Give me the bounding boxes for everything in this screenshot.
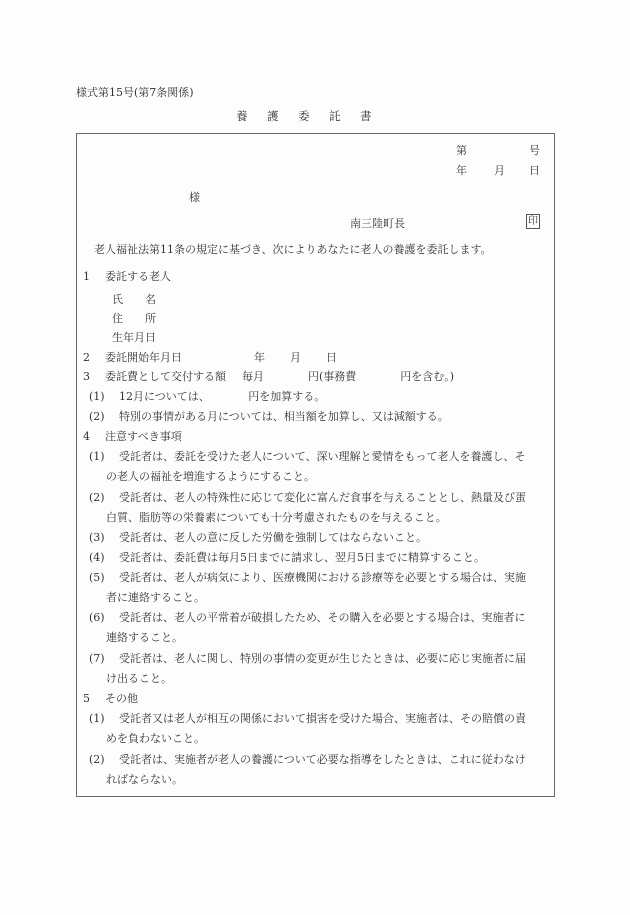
section-1-heading: 1委託する老人 — [83, 268, 171, 284]
section-3-heading: 3委託費として交付する額 — [83, 368, 226, 384]
form-number-label: 様式第15号(第7条関係) — [76, 84, 194, 100]
title-char: 託 — [329, 108, 360, 124]
section-4-item-5: (5)受託者は、老人が病気により、医療機関における診療等を必要とする場合は、実施 — [89, 569, 526, 585]
start-date-day: 日 — [326, 349, 337, 365]
field-birthdate-label: 生年月日 — [112, 329, 156, 345]
title-char: 委 — [298, 108, 329, 124]
intro-text: 老人福祉法第11条の規定に基づき、次によりあなたに老人の養護を委託します。 — [94, 241, 492, 257]
section-5-item-1: (1)受託者又は老人が相互の関係において損害を受けた場合、実施者は、その賠償の責 — [89, 710, 526, 726]
document-title: 養護委託書 — [236, 108, 391, 124]
section-4-item-3: (3)受託者は、老人の意に反した労働を強制してはならないこと。 — [89, 529, 427, 545]
section-4-item-1: (1)受託者は、委託を受けた老人について、深い理解と愛情をもって老人を養護し、そ — [89, 448, 526, 464]
section-4-item-6: (6)受託者は、老人の平常着が破損したため、その購入を必要とする場合は、実施者に — [89, 609, 526, 625]
section-4-item-1-cont: の老人の福祉を増進するようにすること。 — [106, 468, 315, 484]
section-5-item-2: (2)受託者は、実施者が老人の養護について必要な指導をしたときは、これに従わなけ — [89, 751, 526, 767]
section-4-item-5-cont: 者に連絡すること。 — [106, 589, 205, 605]
section-3-item-2: (2)特別の事情がある月については、相当額を加算し、又は減額する。 — [89, 408, 449, 424]
issuer-name: 南三陸町長 — [350, 215, 405, 231]
section-4-item-7-cont: け出ること。 — [106, 670, 172, 686]
section-2-heading: 2委託開始年月日 — [83, 349, 182, 365]
fee-amount-text: 毎月 円(事務費 円を含む。) — [242, 368, 454, 384]
start-date-year: 年 — [254, 349, 265, 365]
seal-icon: 印 — [526, 214, 540, 229]
title-char: 養 — [236, 108, 267, 124]
addressee-suffix: 様 — [189, 189, 200, 205]
date-year: 年 — [456, 162, 467, 178]
section-5-item-1-cont: めを負わないこと。 — [106, 730, 205, 746]
section-4-item-2-cont: 白質、脂肪等の栄養素についても十分考慮されたものを与えること。 — [106, 509, 447, 525]
field-name-label: 氏 名 — [112, 291, 156, 307]
title-char: 書 — [360, 108, 391, 124]
title-char: 護 — [267, 108, 298, 124]
section-3-item-1: (1)12月については、 円を加算する。 — [89, 388, 325, 404]
document-frame — [76, 133, 555, 797]
section-4-heading: 4注意すべき事項 — [83, 428, 182, 444]
start-date-month: 月 — [290, 349, 301, 365]
section-4-item-7: (7)受託者は、老人に関し、特別の事情の変更が生じたときは、必要に応じ実施者に届 — [89, 650, 526, 666]
date-day: 日 — [529, 162, 540, 178]
date-month: 月 — [494, 162, 505, 178]
number-suffix: 号 — [529, 142, 540, 158]
section-4-item-4: (4)受託者は、委託費は毎月5日までに請求し、翌月5日までに精算すること。 — [89, 549, 485, 565]
section-4-item-6-cont: 連絡すること。 — [106, 629, 183, 645]
section-4-item-2: (2)受託者は、老人の特殊性に応じて変化に富んだ食事を与えることとし、熱量及び蛋 — [89, 489, 526, 505]
number-prefix: 第 — [456, 142, 467, 158]
section-5-item-2-cont: ればならない。 — [106, 771, 183, 787]
field-address-label: 住 所 — [112, 310, 156, 326]
section-5-heading: 5その他 — [83, 690, 138, 706]
seal-mark: 印 — [526, 214, 540, 229]
